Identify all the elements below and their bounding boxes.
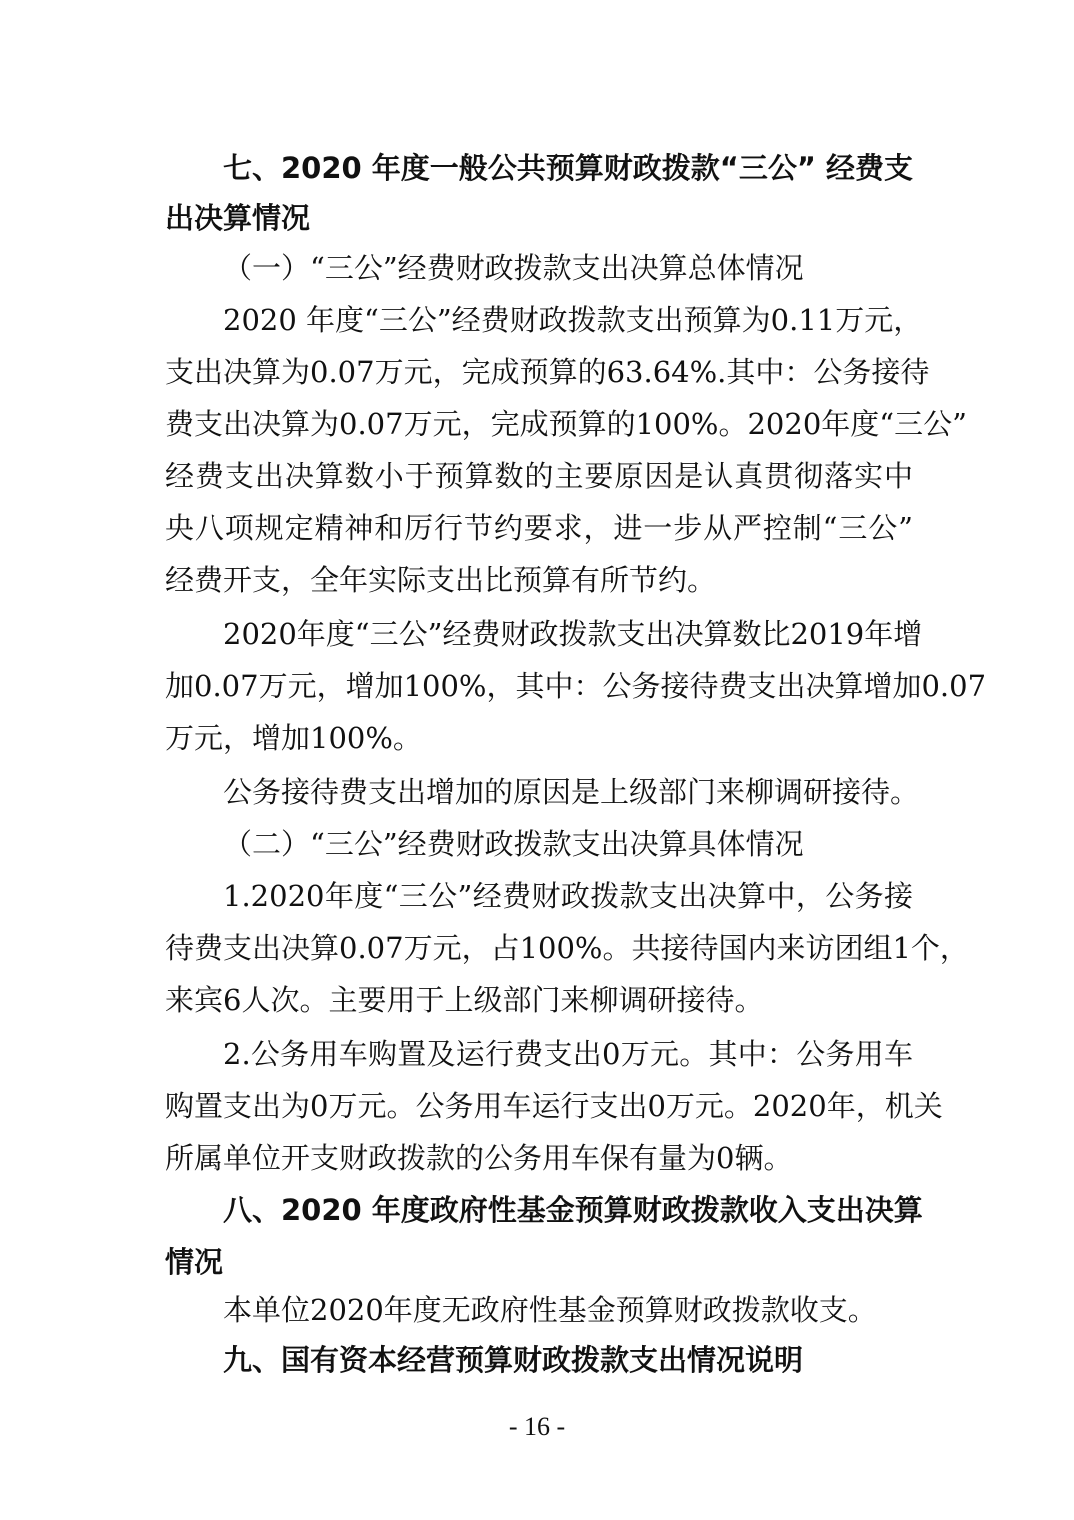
para-6-line-1: 本单位2020年度无政府性基金预算财政拨款收支。 — [223, 1290, 877, 1330]
para-3-line-1: 公务接待费支出增加的原因是上级部门来柳调研接待。 — [223, 772, 919, 812]
para-1-line-6: 经费开支，全年实际支出比预算有所节约。 — [165, 560, 716, 600]
para-1-line-4: 经费支出决算数小于预算数的主要原因是认真贯彻落实中 — [165, 456, 913, 496]
page-number: - 16 - — [0, 1412, 1074, 1442]
subsection-2-heading: （二）“三公”经费财政拨款支出决算具体情况 — [223, 824, 804, 864]
para-4-line-2: 待费支出决算0.07万元，占100%。共接待国内来访团组1个， — [165, 928, 913, 968]
para-4-line-3: 来宾6人次。主要用于上级部门来柳调研接待。 — [165, 980, 763, 1020]
para-2-line-2: 加0.07万元，增加100%，其中：公务接待费支出决算增加0.07 — [165, 666, 913, 706]
para-1-line-3: 费支出决算为0.07万元，完成预算的100%。2020年度“三公” — [165, 404, 913, 444]
section-9-heading: 九、国有资本经营预算财政拨款支出情况说明 — [223, 1340, 803, 1380]
section-7-heading-line-2: 出决算情况 — [165, 198, 310, 238]
para-4-line-1: 1.2020年度“三公”经费财政拨款支出决算中，公务接 — [223, 876, 913, 916]
subsection-1-heading: （一）“三公”经费财政拨款支出决算总体情况 — [223, 248, 804, 288]
para-5-line-2: 购置支出为0万元。公务用车运行支出0万元。2020年，机关 — [165, 1086, 913, 1126]
para-1-line-1: 2020 年度“三公”经费财政拨款支出预算为0.11万元， — [223, 300, 913, 340]
section-8-heading-line-2: 情况 — [165, 1242, 223, 1282]
para-1-line-2: 支出决算为0.07万元，完成预算的63.64%.其中：公务接待 — [165, 352, 913, 392]
section-7-heading-line-1: 七、2020 年度一般公共预算财政拨款“三公” 经费支 — [223, 148, 913, 188]
para-5-line-3: 所属单位开支财政拨款的公务用车保有量为0辆。 — [165, 1138, 792, 1178]
para-2-line-1: 2020年度“三公”经费财政拨款支出决算数比2019年增 — [223, 614, 913, 654]
para-5-line-1: 2.公务用车购置及运行费支出0万元。其中：公务用车 — [223, 1034, 913, 1074]
para-2-line-3: 万元，增加100%。 — [165, 718, 422, 758]
section-8-heading-line-1: 八、2020 年度政府性基金预算财政拨款收入支出决算 — [223, 1190, 913, 1230]
para-1-line-5: 央八项规定精神和厉行节约要求，进一步从严控制“三公” — [165, 508, 913, 548]
